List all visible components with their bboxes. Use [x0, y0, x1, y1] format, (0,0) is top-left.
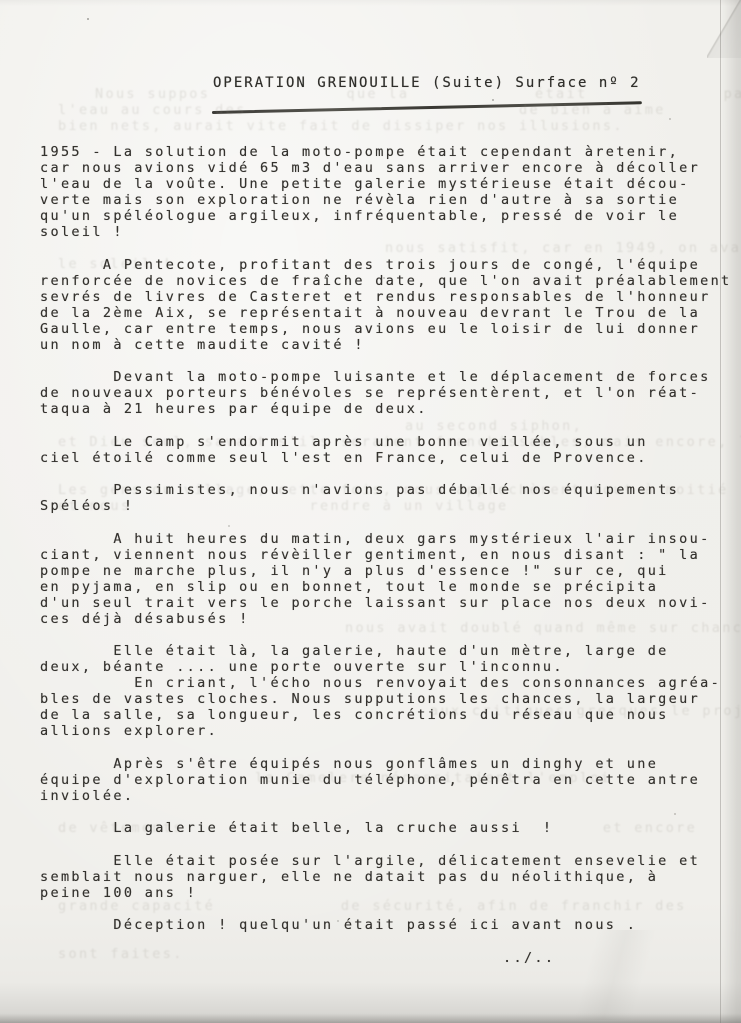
- paragraph-4: Le Camp s'endormit après une bonne veill…: [40, 434, 730, 466]
- continuation-mark: ../..: [40, 950, 730, 966]
- paragraph-9: La galerie était belle, la cruche aussi …: [40, 820, 730, 836]
- paragraph-10: Elle était posée sur l'argile, délicatem…: [40, 853, 730, 901]
- paragraph-5: Pessimistes, nous n'avions pas déballé n…: [40, 482, 730, 514]
- paragraph-3: Devant la moto-pompe luisante et le dépl…: [40, 369, 730, 417]
- paragraph-8: Après s'être équipés nous gonflâmes un d…: [40, 756, 730, 804]
- paragraph-2: A Pentecote, profitant des trois jours d…: [40, 257, 730, 353]
- paragraph-6: A huit heures du matin, deux gars mystér…: [40, 531, 730, 627]
- page-title: OPERATION GRENOUILLE (Suite) Surface nº …: [213, 75, 641, 91]
- scanned-document-page: Nous suppos que la était parl'eau au cou…: [0, 0, 741, 1023]
- paper-corner-fold: [707, 0, 741, 58]
- paragraph-11: Déception ! quelqu'un était passé ici av…: [40, 917, 730, 933]
- document-body: 1955 - La solution de la moto-pompe étai…: [40, 144, 730, 966]
- title-underline: [212, 101, 642, 114]
- bleedthrough-line: bien nets, aurait vite fait de dissiper …: [58, 118, 624, 134]
- paragraph-1: 1955 - La solution de la moto-pompe étai…: [40, 144, 730, 240]
- dust-specks: [87, 18, 89, 20]
- paragraph-7: Elle était là, la galerie, haute d'un mè…: [40, 643, 730, 739]
- paper-edge-bottom: [0, 1013, 741, 1023]
